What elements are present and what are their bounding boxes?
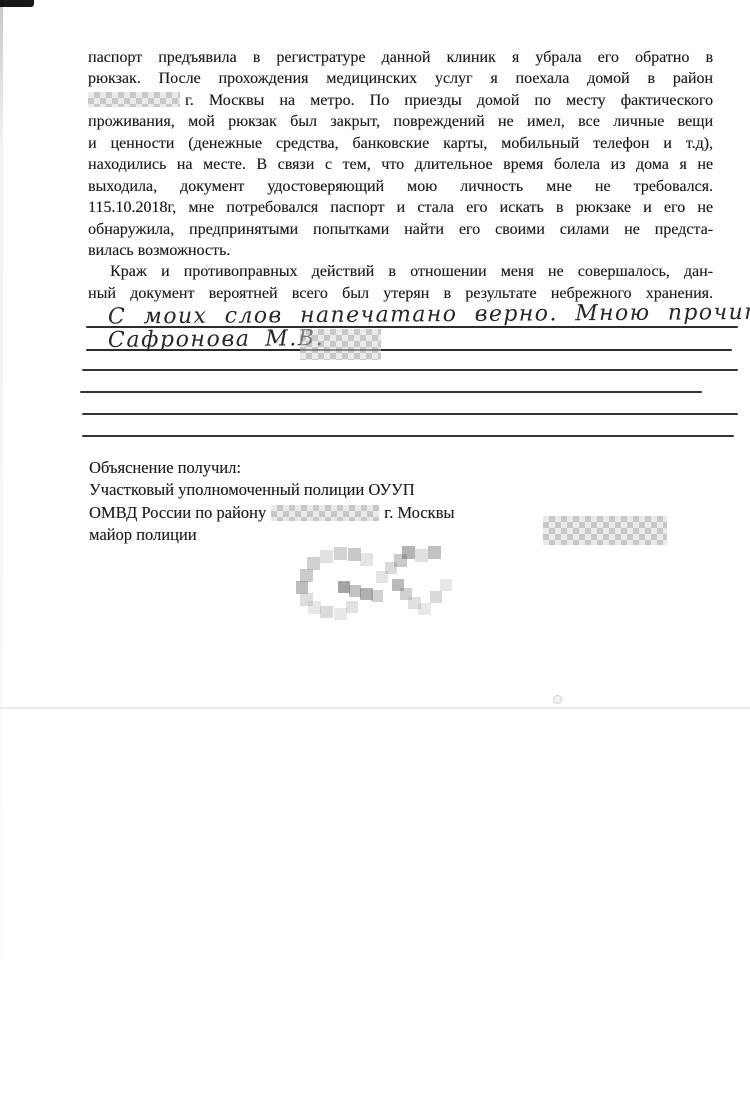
officer-block: Объяснение получил: Участковый уполномоч… bbox=[89, 457, 454, 546]
statement-line: вилась возможность. bbox=[88, 240, 713, 261]
handwritten-attestation: С моих слов напечатано верно. Мною прочи… bbox=[108, 300, 750, 330]
statement-line: обнаружила, предпринятыми попытками найт… bbox=[88, 219, 713, 240]
scan-speck bbox=[553, 695, 562, 704]
officer-district-line: ОМВД России по районуг. Москвы bbox=[89, 502, 454, 524]
statement-line: рюкзак. После прохождения медицинских ус… bbox=[88, 68, 713, 89]
statement-line: г. Москвы на метро. По приезды домой по … bbox=[88, 90, 713, 111]
redacted-district bbox=[271, 505, 379, 521]
statement-line: находились на месте. В связи с тем, что … bbox=[88, 154, 713, 175]
ruled-line bbox=[86, 349, 732, 351]
officer-district-before: ОМВД России по району bbox=[89, 503, 266, 522]
blank-ruled-line bbox=[80, 391, 702, 393]
officer-title-line: Участковый уполномоченный полиции ОУУП bbox=[89, 479, 454, 501]
statement-line: Краж и противоправных действий в отношен… bbox=[88, 261, 713, 282]
pixelated-signature bbox=[290, 544, 465, 624]
blank-ruled-line bbox=[82, 413, 738, 415]
page-break-line bbox=[0, 707, 750, 709]
explanation-received-label: Объяснение получил: bbox=[89, 457, 454, 479]
redacted-district-inline bbox=[88, 92, 180, 107]
statement-line: проживания, мой рюкзак был закрыт, повре… bbox=[88, 111, 713, 132]
scanned-document-page: паспорт предъявила в регистратуре данной… bbox=[0, 0, 750, 1111]
statement-text: паспорт предъявила в регистратуре данной… bbox=[88, 47, 713, 304]
statement-line: и ценности (денежные средства, банковски… bbox=[88, 133, 713, 154]
statement-line: паспорт предъявила в регистратуре данной… bbox=[88, 47, 713, 68]
blank-ruled-line bbox=[82, 369, 738, 371]
scan-corner-artifact bbox=[0, 0, 34, 7]
blank-ruled-line bbox=[82, 435, 734, 437]
redacted-signature-fragment bbox=[300, 329, 381, 360]
officer-district-after: г. Москвы bbox=[384, 503, 454, 522]
redacted-officer-name bbox=[543, 516, 667, 545]
statement-line: 115.10.2018г, мне потребовался паспорт и… bbox=[88, 197, 713, 218]
statement-line-text: г. Москвы на метро. По приезды домой по … bbox=[185, 92, 713, 109]
statement-line: выходила, документ удостоверяющий мою ли… bbox=[88, 176, 713, 197]
officer-rank-line: майор полиции bbox=[89, 524, 454, 546]
scan-edge-shadow bbox=[0, 0, 3, 1040]
